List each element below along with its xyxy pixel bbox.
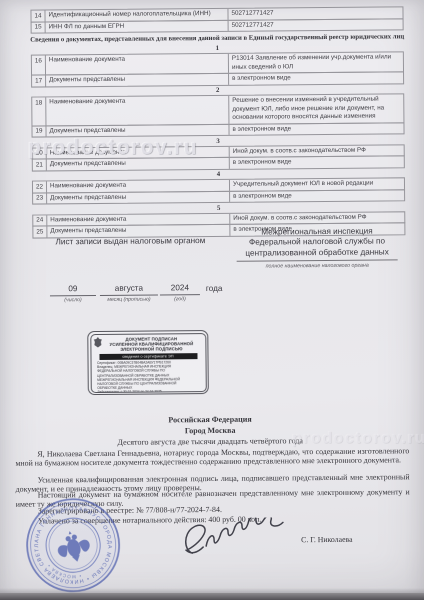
date-month-value: августа xyxy=(100,283,158,295)
row-value-cell: Учредительный документ ЮЛ в новой редакц… xyxy=(230,179,404,191)
tables-column: 14 Идентификационный номер налогоплатель… xyxy=(30,6,405,238)
paper-sheet: 14 Идентификационный номер налогоплатель… xyxy=(0,0,424,600)
row-num-cell: 16 xyxy=(32,56,46,75)
row-value-cell: в электронном виде xyxy=(230,157,404,169)
date-month-caption: месяц (прописью) xyxy=(100,296,158,303)
row-value-cell: 502712771427 xyxy=(228,7,402,19)
date-year: 2024 (год) xyxy=(160,283,200,302)
fns-emblem-icon xyxy=(93,336,102,347)
date-suffix: года xyxy=(206,284,223,293)
doc-table-4: 22 Наименование документа Учредительный … xyxy=(32,178,405,205)
row-num-cell: 15 xyxy=(32,22,46,33)
row-label-cell: Наименование документа xyxy=(47,214,230,226)
row-value-cell: 502712771427 xyxy=(229,19,403,31)
esign-stamp-inner: ДОКУМЕНТ ПОДПИСАН УСИЛЕННОЙ КВАЛИФИЦИРОВ… xyxy=(90,333,207,393)
date-year-value: 2024 xyxy=(160,283,200,295)
stamp-cert-line: Действителен: с 30.01.2024 по 24.04.2025 xyxy=(97,389,202,392)
row-num-cell: 14 xyxy=(31,10,45,21)
row-value-cell: Иной докум. в соотв.с законодательством … xyxy=(230,145,404,157)
table-surface-edge xyxy=(0,593,424,600)
row-value-cell: Иной докум. в соотв.с законодательством … xyxy=(230,212,404,224)
date-month: августа месяц (прописью) xyxy=(100,283,158,302)
notary-paragraph: Я, Николаева Светлана Геннадьевна, нотар… xyxy=(15,446,409,467)
inn-table: 14 Идентификационный номер налогоплатель… xyxy=(30,6,403,33)
row-label-cell: Наименование документа xyxy=(46,96,229,125)
notary-seal: НОТАРИУС ГОРОДА МОСКВЫ • НИКОЛАЕВА СВЕТЛ… xyxy=(17,491,130,600)
table-row: 18 Наименование документа Решение о внес… xyxy=(31,94,404,127)
row-value-cell: в электронном виде xyxy=(229,123,403,135)
doc-table-1: 16 Наименование документа Р13014 Заявлен… xyxy=(31,52,404,88)
row-value-cell: в электронном виде xyxy=(229,73,403,85)
row-label-cell: Идентификационный номер налогоплательщик… xyxy=(45,9,228,21)
row-value-cell: Р13014 Заявление об изменении учр.докуме… xyxy=(229,53,403,74)
date-day-value: 09 xyxy=(50,284,96,296)
row-num-cell: 22 xyxy=(33,182,47,193)
row-num-cell: 23 xyxy=(33,193,47,204)
row-label-cell: Документы представлены xyxy=(47,192,230,204)
row-label-cell: Документы представлены xyxy=(46,125,229,137)
date-day-caption: (число) xyxy=(50,297,96,303)
issue-label: Лист записи выдан налоговым органом xyxy=(55,236,205,246)
authority-caption: полное наименование налогового органа xyxy=(237,262,398,269)
date-day: 09 (число) xyxy=(50,284,96,303)
esign-stamp: ДОКУМЕНТ ПОДПИСАН УСИЛЕННОЙ КВАЛИФИЦИРОВ… xyxy=(87,330,209,395)
row-num-cell: 24 xyxy=(33,215,47,226)
row-label-cell: ИНН ФЛ по данным ЕГРН xyxy=(46,20,229,32)
signature-scribble xyxy=(178,517,296,562)
stamp-title: ЭЛЕКТРОННОЙ ПОДПИСЬЮ xyxy=(101,346,202,352)
row-label-cell: Документы представлены xyxy=(46,74,229,86)
doc-table-2: 18 Наименование документа Решение о внес… xyxy=(31,94,404,138)
row-num-cell: 18 xyxy=(32,98,46,126)
watermark: prodoctorov.ru xyxy=(28,136,198,160)
authority-name: Межрегиональная инспекция Федеральной на… xyxy=(236,226,397,261)
watermark: prodoctorov.ru xyxy=(292,430,424,448)
row-value-cell: Решение о внесении изменений в учредител… xyxy=(229,95,403,124)
row-value-cell: в электронном виде xyxy=(230,190,404,202)
row-label-cell: Наименование документа xyxy=(46,54,229,75)
row-num-cell: 25 xyxy=(33,227,47,238)
row-label-cell: Наименование документа xyxy=(47,180,230,192)
document-photo: 14 Идентификационный номер налогоплатель… xyxy=(0,0,424,600)
stamp-certificate-bar: сведения о сертификате ЭП xyxy=(99,353,197,360)
date-year-caption: (год) xyxy=(160,296,200,302)
row-num-cell: 21 xyxy=(33,160,47,171)
signer-name: С. Г. Николаева xyxy=(301,535,353,544)
row-num-cell: 17 xyxy=(32,76,46,87)
